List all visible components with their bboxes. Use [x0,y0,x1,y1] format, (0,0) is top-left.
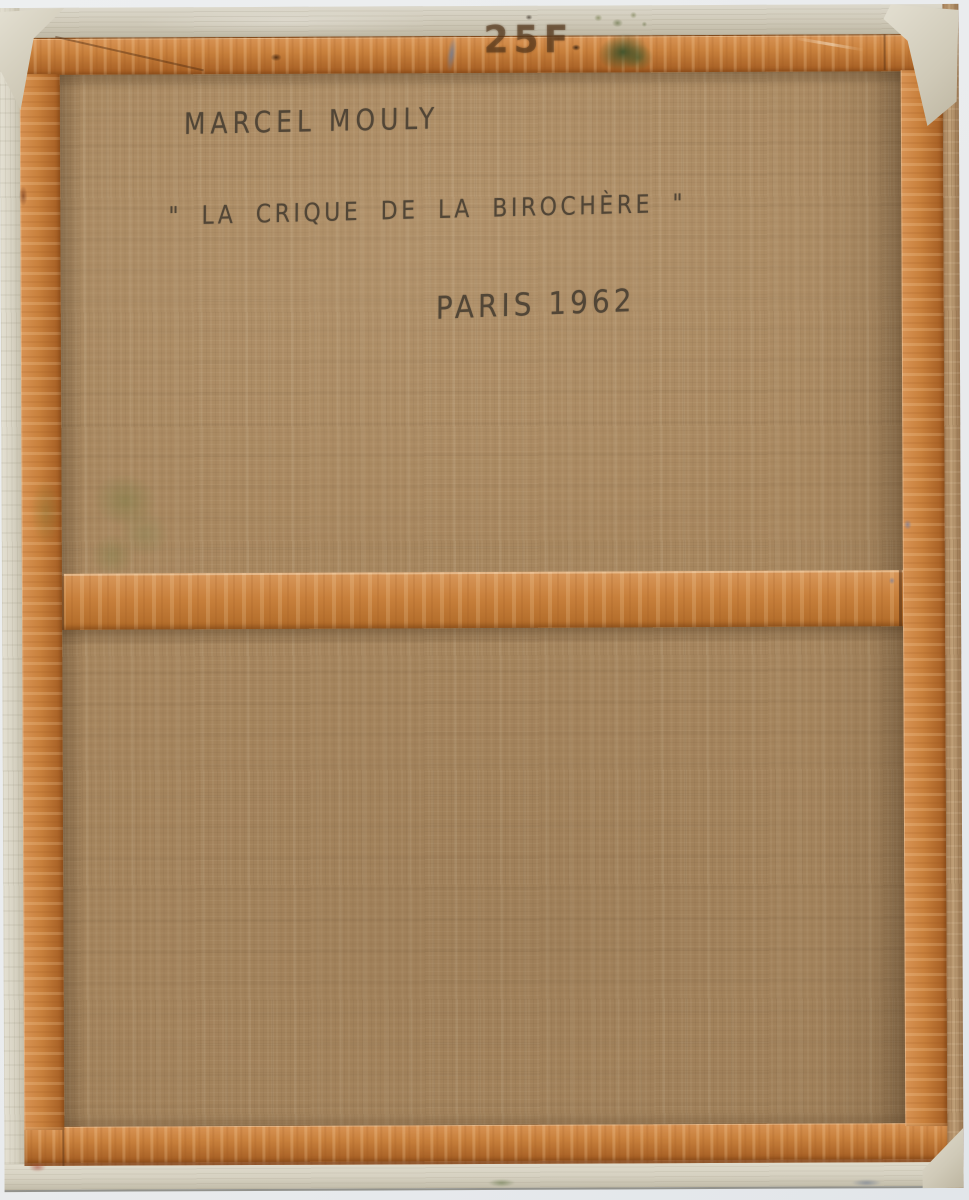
butt-seam-top-right [884,34,886,70]
stretcher-bar-left [20,74,65,1130]
crossbar-joint-right [899,570,902,626]
canvas-fold-top [0,4,959,38]
stretcher-crossbar [62,570,903,630]
stretcher-bar-top [20,34,943,75]
canvas-verso: 25F MARCEL MOULY " LA CRIQUE DE LA BIROC… [0,4,964,1192]
size-stamp: 25F [483,19,573,62]
date-inscription: PARIS 1962 [436,282,636,327]
photo-background: 25F MARCEL MOULY " LA CRIQUE DE LA BIROC… [0,0,969,1200]
crossbar-joint-left [62,574,64,630]
stretcher-bar-bottom [24,1123,947,1166]
butt-seam-bottom-left [62,1130,64,1166]
stretcher-bar-right [901,70,948,1126]
artist-inscription: MARCEL MOULY [184,101,440,141]
